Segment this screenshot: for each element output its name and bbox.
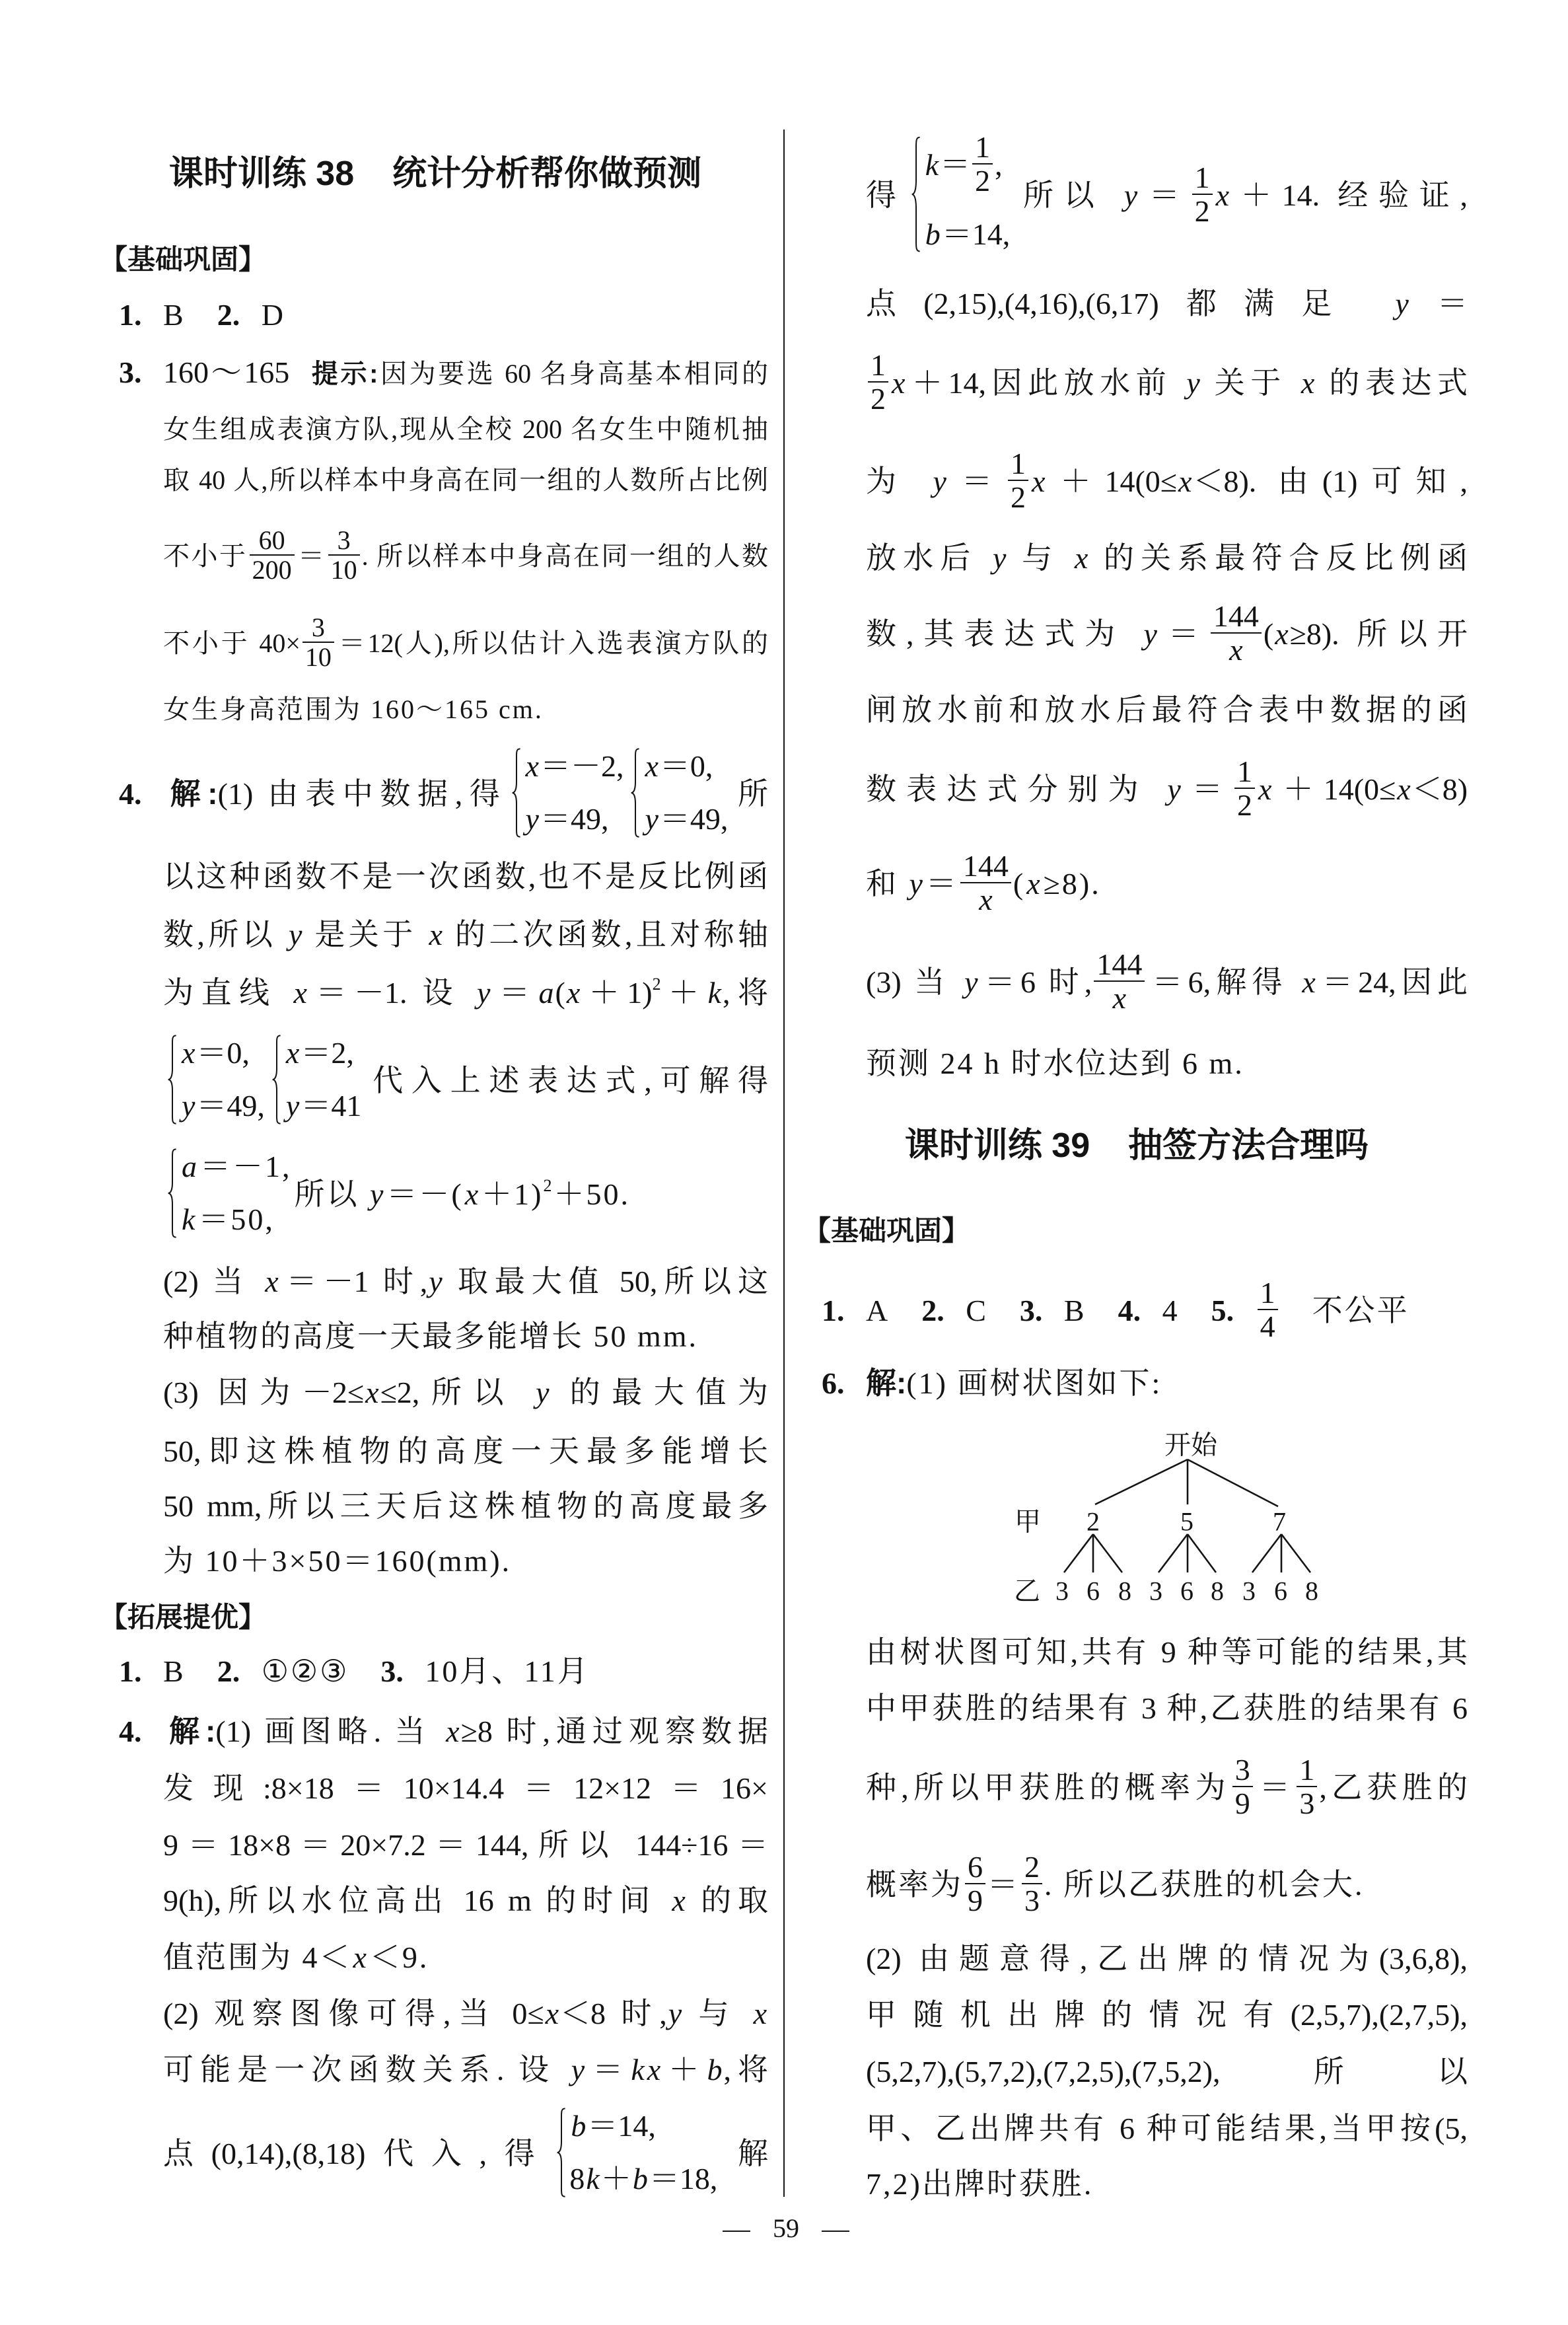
answer-line: 闸放水前和放水后最符合表中数据的函	[866, 681, 1468, 740]
item-number: 6.	[822, 1354, 866, 1413]
equation-row: b＝14,	[924, 216, 1011, 253]
numerator: 1	[1234, 757, 1255, 789]
denominator: 2	[972, 165, 993, 196]
fraction: 12	[972, 132, 993, 196]
text-run: (1) 画树状图如下:	[906, 1366, 1162, 1400]
text-run: ＝	[1410, 287, 1468, 320]
tree-root-label: 开始	[1164, 1430, 1218, 1460]
answer-line: 1.A2.C3.B4.45.14 不公平	[822, 1265, 1468, 1357]
math-variable: x	[1257, 772, 1273, 806]
math-variable: x	[1177, 464, 1193, 498]
numerator: 144	[1211, 601, 1262, 634]
tree-leaf: 3	[1149, 1576, 1162, 1606]
answer-line: 为 y＝12x＋14(0≤x＜8). 由(1)可知,	[866, 435, 1468, 528]
denominator: 3	[1022, 1884, 1042, 1915]
fraction: 144x	[1211, 601, 1262, 665]
answer-line: 得k＝12,b＝14,所以 y＝12x＋14. 经验证,	[866, 120, 1468, 272]
section-heading-basic: 【基础巩固】	[803, 1211, 970, 1251]
text-run: 和	[866, 867, 908, 901]
answer-line: 由树状图可知,共有 9 种等可能的结果,其	[866, 1623, 1468, 1682]
text-run: 得	[866, 178, 907, 212]
answer-label: 解:	[866, 1366, 906, 1400]
lesson-title: 课时训练 39抽签方法合理吗	[803, 1123, 1470, 1169]
item-number: 4.	[1118, 1265, 1162, 1357]
page-number-dash-right	[822, 2231, 849, 2232]
text-run: (	[1013, 867, 1025, 901]
tree-branch	[1188, 1534, 1216, 1572]
lesson-name: 抽签方法合理吗	[1128, 1126, 1369, 1165]
fraction: 144x	[960, 851, 1011, 914]
answer-line: 6.解:(1) 画树状图如下:	[822, 1353, 1468, 1413]
text-run: 不公平	[1280, 1294, 1409, 1327]
denominator: x	[1211, 634, 1262, 665]
numerator: 144	[960, 851, 1011, 883]
text-run: ＝	[1255, 1771, 1295, 1804]
math-variable: x	[1228, 633, 1244, 667]
math-variable: x	[1073, 541, 1089, 575]
tree-leaf: 3	[1242, 1576, 1256, 1606]
text-run: ＝	[948, 464, 1006, 498]
numerator: 144	[1094, 949, 1145, 982]
text-run: ＝	[940, 148, 970, 182]
tree-branch	[1064, 1534, 1093, 1572]
text-run: ＜8)	[1412, 772, 1468, 806]
text-run: (	[1264, 617, 1273, 651]
answer-line: 种,所以甲获胜的概率为39＝13,乙获胜的	[866, 1742, 1468, 1834]
math-variable: x	[1112, 981, 1127, 1015]
text-run: 放水后	[866, 541, 991, 575]
numerator: 1	[1297, 1755, 1317, 1787]
tree-leaf: 8	[1305, 1576, 1318, 1606]
math-variable: x	[978, 883, 993, 916]
numerator: 1	[1258, 1278, 1278, 1310]
math-variable: y	[1394, 287, 1409, 320]
text-run: ≥8). 所以开	[1290, 617, 1468, 651]
numerator: 2	[1022, 1852, 1042, 1884]
math-variable: y	[908, 867, 926, 901]
numerator: 1	[972, 132, 993, 165]
tree-branch	[1252, 1534, 1281, 1572]
math-variable: x	[1396, 772, 1411, 806]
denominator: x	[1094, 982, 1145, 1013]
math-variable: b	[924, 217, 942, 251]
fraction: 14	[1258, 1278, 1278, 1341]
text-run: 为	[866, 464, 932, 498]
text-run: 种,所以甲获胜的概率为	[866, 1771, 1230, 1804]
math-variable: y	[1123, 178, 1139, 212]
answer-line: (2) 由题意得,乙出牌的情况为(3,6,8),	[866, 1929, 1468, 1989]
tree-branch	[1188, 1459, 1278, 1506]
tree-branch	[1158, 1534, 1188, 1572]
fraction: 69	[965, 1852, 985, 1915]
numerator: 1	[1008, 449, 1028, 481]
fraction: 13	[1297, 1755, 1317, 1818]
tree-node: 5	[1180, 1507, 1194, 1537]
tree-leaf: 8	[1118, 1576, 1131, 1606]
tree-leaf: 8	[1211, 1576, 1224, 1606]
page-number-dash-left	[723, 2231, 750, 2232]
math-variable: x	[1025, 867, 1043, 901]
text-run: 由树状图可知,共有 9 种等可能的结果,其	[866, 1635, 1468, 1669]
text-run: C	[966, 1294, 988, 1327]
text-run: 预测 24 h 时水位达到 6 m.	[866, 1047, 1244, 1080]
denominator: 4	[1258, 1310, 1278, 1341]
text-run: 4	[1162, 1294, 1180, 1327]
text-run: ＝	[987, 1868, 1020, 1901]
text-run: ≥8).	[1044, 867, 1101, 901]
fraction: 39	[1232, 1755, 1253, 1818]
text-run: ＋14,因此放水前	[906, 366, 1185, 400]
text-run: ＝	[926, 867, 958, 901]
text-run: 甲、乙出牌共有 6 种可能结果,当甲按(5,	[866, 2112, 1468, 2145]
text-run: 数,其表达式为	[866, 617, 1143, 651]
math-variable: x	[1300, 366, 1316, 400]
text-run: (2) 由题意得,乙出牌的情况为(3,6,8),	[866, 1942, 1468, 1975]
math-variable: k	[924, 148, 940, 182]
text-run: (3) 当	[866, 965, 963, 999]
answer-line: 甲、乙出牌共有 6 种可能结果,当甲按(5,	[866, 2099, 1468, 2159]
math-variable: x	[1301, 965, 1316, 999]
answer-line: 放水后 y 与 x 的关系最符合反比例函	[866, 529, 1468, 588]
text-run: 关于	[1201, 366, 1300, 400]
answer-line: 和 y＝144x(x≥8).	[866, 838, 1468, 930]
text-run: 的关系最符合反比例函	[1089, 541, 1468, 575]
text-run: . 所以乙获胜的机会大.	[1044, 1868, 1365, 1901]
tree-node: 2	[1087, 1507, 1100, 1537]
math-variable: y	[991, 541, 1007, 575]
answer-line: 数,其表达式为 y＝144x(x≥8). 所以开	[866, 588, 1468, 681]
text-run: ＜8). 由(1)可知,	[1193, 464, 1468, 498]
tree-branch	[1281, 1534, 1310, 1572]
text-run: ＝24,因此	[1317, 965, 1468, 999]
denominator: 2	[1234, 789, 1255, 820]
text-run: ＝	[1158, 617, 1209, 651]
answer-line: 概率为69＝23. 所以乙获胜的机会大.	[866, 1839, 1468, 1931]
tree-level2-label: 乙	[1014, 1576, 1040, 1606]
text-run: ＋14. 经验证,	[1230, 178, 1468, 212]
text-run: ＝	[1139, 178, 1190, 212]
tree-diagram: 开始 甲 2 5 7 乙 3 6 8 3 6 8 3 6 8	[991, 1421, 1347, 1612]
answer-line: 数表达式分别为 y＝12x＋14(0≤x＜8)	[866, 743, 1468, 836]
tree-branch	[1095, 1459, 1188, 1504]
text-run: 的表达式	[1316, 366, 1468, 400]
text-run: 数表达式分别为	[866, 772, 1166, 806]
text-run: ＝6,解得	[1147, 965, 1301, 999]
numerator: 1	[1192, 163, 1213, 195]
answer-line: 甲随机出牌的情况有(2,5,7),(2,7,5),	[866, 1985, 1468, 2045]
denominator: 2	[1192, 195, 1213, 226]
text-run: ,乙获胜的	[1319, 1771, 1468, 1804]
denominator: 3	[1297, 1787, 1317, 1818]
denominator: 2	[868, 383, 888, 414]
text-run: ＋14(0≤	[1046, 464, 1177, 498]
math-variable: y	[1185, 366, 1201, 400]
numerator: 3	[1232, 1755, 1253, 1787]
fraction: 12	[1192, 163, 1213, 226]
text-run: B	[1064, 1294, 1087, 1327]
answer-line: 点(2,15),(4,16),(6,17)都满足 y＝	[866, 274, 1468, 334]
answer-line: 预测 24 h 时水位达到 6 m.	[866, 1034, 1468, 1093]
text-run: 所以	[1013, 178, 1122, 212]
page-number: 59	[700, 2212, 865, 2245]
item-number: 3.	[1020, 1265, 1064, 1357]
tree-leaf: 6	[1180, 1576, 1194, 1606]
answer-line: 7,2)出牌时获胜.	[866, 2155, 1468, 2214]
denominator: 9	[1232, 1787, 1253, 1818]
denominator: 9	[965, 1884, 985, 1915]
math-variable: x	[1273, 617, 1289, 651]
fraction: 23	[1022, 1852, 1042, 1915]
fraction: 12	[868, 350, 888, 414]
left-brace-symbol	[911, 136, 921, 252]
text-run: A	[866, 1294, 890, 1327]
numerator: 6	[965, 1852, 985, 1884]
tree-branch	[1093, 1534, 1122, 1572]
math-variable: y	[963, 965, 979, 999]
right-column: 得k＝12,b＝14,所以 y＝12x＋14. 经验证,点(2,15),(4,1…	[0, 0, 1568, 2325]
text-run: ＝14,	[942, 217, 1011, 251]
fraction: 12	[1008, 449, 1028, 512]
text-run: 概率为	[866, 1868, 963, 1901]
equation-row: k＝12,	[924, 136, 1011, 200]
text-run: 7,2)出牌时获胜.	[866, 2167, 1093, 2201]
text-run: ＋14(0≤	[1273, 772, 1396, 806]
math-variable: y	[1166, 772, 1182, 806]
answer-line: (3) 当 y＝6 时,144x＝6,解得 x＝24,因此	[866, 936, 1468, 1029]
page-number-value: 59	[773, 2213, 799, 2243]
answer-key-page: 课时训练 38统计分析帮你做预测 【基础巩固】 1.B2.D3.160～165提…	[0, 0, 1568, 2325]
answer-line: 12x＋14,因此放水前 y 关于 x 的表达式	[866, 337, 1468, 429]
answer-line: 中甲获胜的结果有 3 种,乙获胜的结果有 6	[866, 1679, 1468, 1738]
denominator: x	[960, 883, 1011, 914]
text-run: (5,2,7),(5,7,2),(7,2,5),(7,5,2),所以	[866, 2055, 1468, 2088]
text-run: 中甲获胜的结果有 3 种,乙获胜的结果有 6	[866, 1691, 1468, 1725]
text-run: ＝6 时,	[980, 965, 1092, 999]
text-run: 甲随机出牌的情况有(2,5,7),(2,7,5),	[866, 1998, 1468, 2032]
math-variable: y	[932, 464, 948, 498]
fraction: 144x	[1094, 949, 1145, 1013]
text-run: 与	[1007, 541, 1073, 575]
tree-leaf: 3	[1055, 1576, 1069, 1606]
tree-leaf: 6	[1274, 1576, 1287, 1606]
item-number: 5.	[1211, 1265, 1256, 1357]
text-run: ＝	[1182, 772, 1232, 806]
text-run: 点(2,15),(4,16),(6,17)都满足	[866, 287, 1394, 320]
equation-system: k＝12,b＝14,	[909, 136, 1011, 252]
tree-level1-label: 甲	[1015, 1507, 1041, 1537]
item-number: 1.	[822, 1265, 866, 1357]
text-run: 闸放水前和放水后最符合表中数据的函	[866, 693, 1468, 727]
tree-node: 7	[1273, 1507, 1286, 1537]
answer-line: (5,2,7),(5,7,2),(7,2,5),(7,5,2),所以	[866, 2042, 1468, 2102]
item-number: 2.	[921, 1265, 966, 1357]
lesson-number: 课时训练 39	[905, 1126, 1090, 1165]
math-variable: y	[1143, 617, 1158, 651]
math-variable: x	[1030, 464, 1046, 498]
tree-leaf: 6	[1087, 1576, 1100, 1606]
numerator: 1	[868, 350, 888, 383]
fraction: 12	[1234, 757, 1255, 820]
text-run: ,	[995, 148, 1003, 182]
math-variable: x	[890, 366, 906, 400]
denominator: 2	[1008, 481, 1028, 512]
math-variable: x	[1215, 178, 1230, 212]
